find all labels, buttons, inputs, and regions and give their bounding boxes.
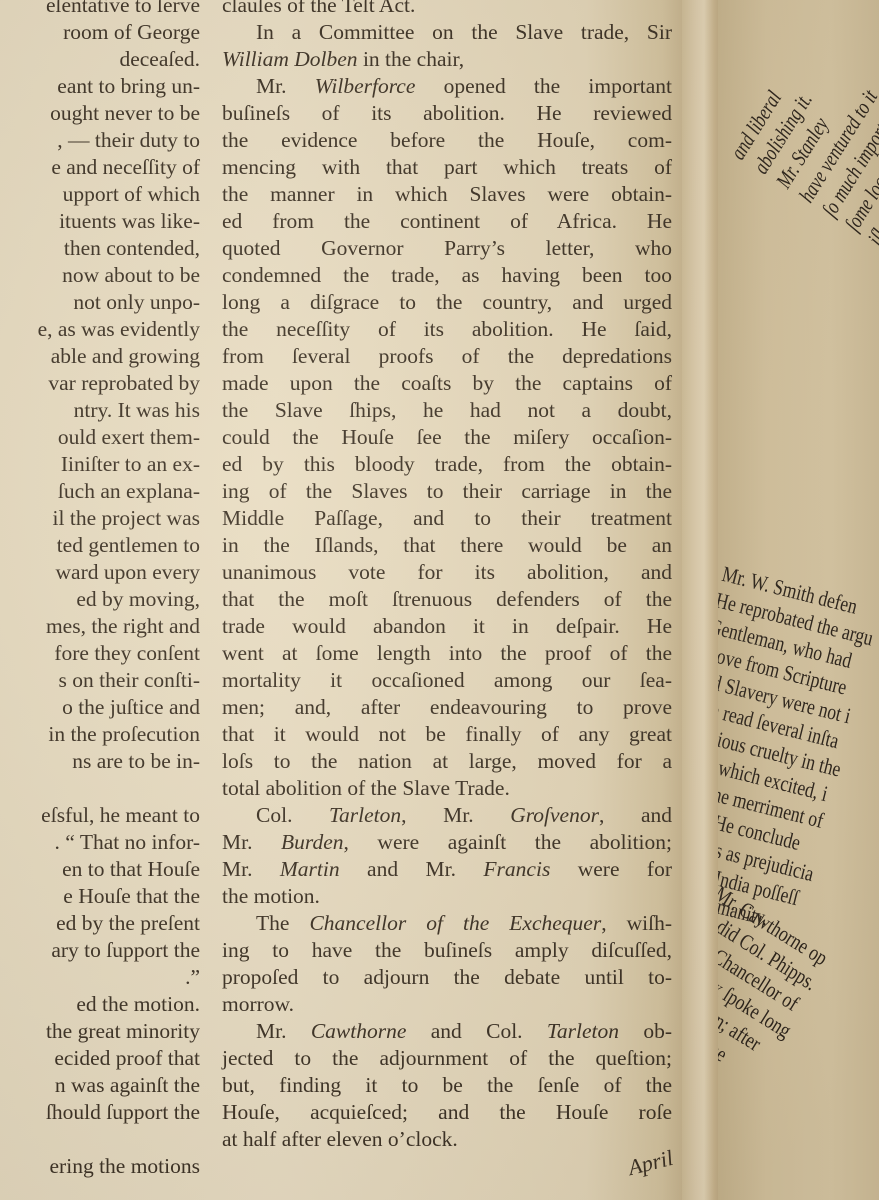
text-line: loſs to the nation at large, moved for a [222, 748, 672, 775]
text-line: the great minority [0, 1018, 200, 1045]
text-line: ering the motions [0, 1153, 200, 1180]
text-line: ituents was like- [0, 208, 200, 235]
text-line: not only unpo- [0, 289, 200, 316]
text-line: ſuch an explana- [0, 478, 200, 505]
text-line: ary to ſupport the [0, 937, 200, 964]
text-line: deceaſed. [0, 46, 200, 73]
text-line: e Houſe that the [0, 883, 200, 910]
text-line: ecided proof that [0, 1045, 200, 1072]
text-line: In a Committee on the Slave trade, Sir [222, 19, 672, 46]
book-gutter [682, 0, 722, 1200]
text-line: The Chancellor of the Exchequer, wiſh- [222, 910, 672, 937]
text-line: ns are to be in- [0, 748, 200, 775]
text-line: trade would abandon it in deſpair. He [222, 613, 672, 640]
text-line: Col. Tarleton, Mr. Groſvenor, and [222, 802, 672, 829]
text-line: able and growing [0, 343, 200, 370]
text-line: ing to have the buſineſs amply diſcuſſed… [222, 937, 672, 964]
text-line: ward upon every [0, 559, 200, 586]
text-line: from ſeveral proofs of the depredations [222, 343, 672, 370]
text-line: the Slave ſhips, he had not a doubt, [222, 397, 672, 424]
text-line: ntry. It was his [0, 397, 200, 424]
text-line: e, as was evidently [0, 316, 200, 343]
text-line: buſineſs of its abolition. He reviewed [222, 100, 672, 127]
text-line: ould exert them- [0, 424, 200, 451]
text-line: , — their duty to [0, 127, 200, 154]
right-page: and liberalabolishing it.Mr. Stanleyhave… [718, 0, 879, 1200]
text-line: n was againſt the [0, 1072, 200, 1099]
text-line: ed by the preſent [0, 910, 200, 937]
text-line: morrow. [222, 991, 672, 1018]
left-column-text: eſentative to ſerveroom of Georgedeceaſe… [0, 0, 200, 1180]
text-line: ted gentlemen to [0, 532, 200, 559]
text-line: clauſes of the Teſt Act. [222, 0, 672, 19]
text-line: mortality it occaſioned among our ſea- [222, 667, 672, 694]
text-line: the evidence before the Houſe, com- [222, 127, 672, 154]
text-line: unanimous vote for its abolition, and [222, 559, 672, 586]
text-line: fore they conſent [0, 640, 200, 667]
text-line: the motion. [222, 883, 672, 910]
text-line: condemned the trade, as having been too [222, 262, 672, 289]
text-line [0, 775, 200, 802]
text-line: Iiniſter to an ex- [0, 451, 200, 478]
text-line: ed by moving, [0, 586, 200, 613]
text-line: e and neceſſity of [0, 154, 200, 181]
text-line: upport of which [0, 181, 200, 208]
text-line: could the Houſe ſee the miſery occaſion- [222, 424, 672, 451]
text-line: men; and, after endeavouring to prove [222, 694, 672, 721]
text-line: propoſed to adjourn the debate until to- [222, 964, 672, 991]
text-line: total abolition of the Slave Trade. [222, 775, 672, 802]
text-line: ſhould ſupport the [0, 1099, 200, 1126]
text-line: o the juſtice and [0, 694, 200, 721]
text-line: en to that Houſe [0, 856, 200, 883]
text-line: Mr. Burden, were againſt the abolition; [222, 829, 672, 856]
text-line: ed by this bloody trade, from the obtain… [222, 451, 672, 478]
text-line: in the Iſlands, that there would be an [222, 532, 672, 559]
text-line: Mr. Martin and Mr. Francis were for [222, 856, 672, 883]
text-line: mencing with that part which treats of [222, 154, 672, 181]
text-line: long a diſgrace to the country, and urge… [222, 289, 672, 316]
text-line: Middle Paſſage, and to their treatment [222, 505, 672, 532]
middle-column-text: clauſes of the Teſt Act.In a Committee o… [222, 0, 672, 1153]
text-line: then contended, [0, 235, 200, 262]
left-page: eſentative to ſerveroom of Georgedeceaſe… [0, 0, 690, 1200]
text-line: var reprobated by [0, 370, 200, 397]
text-line: . “ That no infor- [0, 829, 200, 856]
text-line: that the moſt ſtrenuous defenders of the [222, 586, 672, 613]
text-line: eant to bring un- [0, 73, 200, 100]
text-line: the neceſſity of its abolition. He ſaid, [222, 316, 672, 343]
text-line: Houſe, acquieſced; and the Houſe roſe [222, 1099, 672, 1126]
text-line: went at ſome length into the proof of th… [222, 640, 672, 667]
text-line: now about to be [0, 262, 200, 289]
text-line: quoted Governor Parry’s letter, who [222, 235, 672, 262]
text-line: at half after eleven o’clock. [222, 1126, 672, 1153]
text-line [0, 1126, 200, 1153]
text-line: s on their conſti- [0, 667, 200, 694]
text-line: .” [0, 964, 200, 991]
text-line: in the proſecution [0, 721, 200, 748]
text-line: il the project was [0, 505, 200, 532]
text-line: Mr. Cawthorne and Col. Tarleton ob- [222, 1018, 672, 1045]
right-page-block-1: and liberalabolishing it.Mr. Stanleyhave… [724, 0, 879, 422]
text-line: eſentative to ſerve [0, 0, 200, 19]
text-line: mes, the right and [0, 613, 200, 640]
text-line: made upon the coaſts by the captains of [222, 370, 672, 397]
text-line: that it would not be finally of any grea… [222, 721, 672, 748]
text-line: ought never to be [0, 100, 200, 127]
text-line: but, finding it to be the ſenſe of the [222, 1072, 672, 1099]
text-line: ed from the continent of Africa. He [222, 208, 672, 235]
text-line: jected to the adjournment of the queſtio… [222, 1045, 672, 1072]
text-line: the manner in which Slaves were obtain- [222, 181, 672, 208]
text-line: ed the motion. [0, 991, 200, 1018]
text-line: ing of the Slaves to their carriage in t… [222, 478, 672, 505]
text-line: William Dolben in the chair, [222, 46, 672, 73]
text-line: eſsful, he meant to [0, 802, 200, 829]
text-line: room of George [0, 19, 200, 46]
text-line: Mr. Wilberforce opened the important [222, 73, 672, 100]
